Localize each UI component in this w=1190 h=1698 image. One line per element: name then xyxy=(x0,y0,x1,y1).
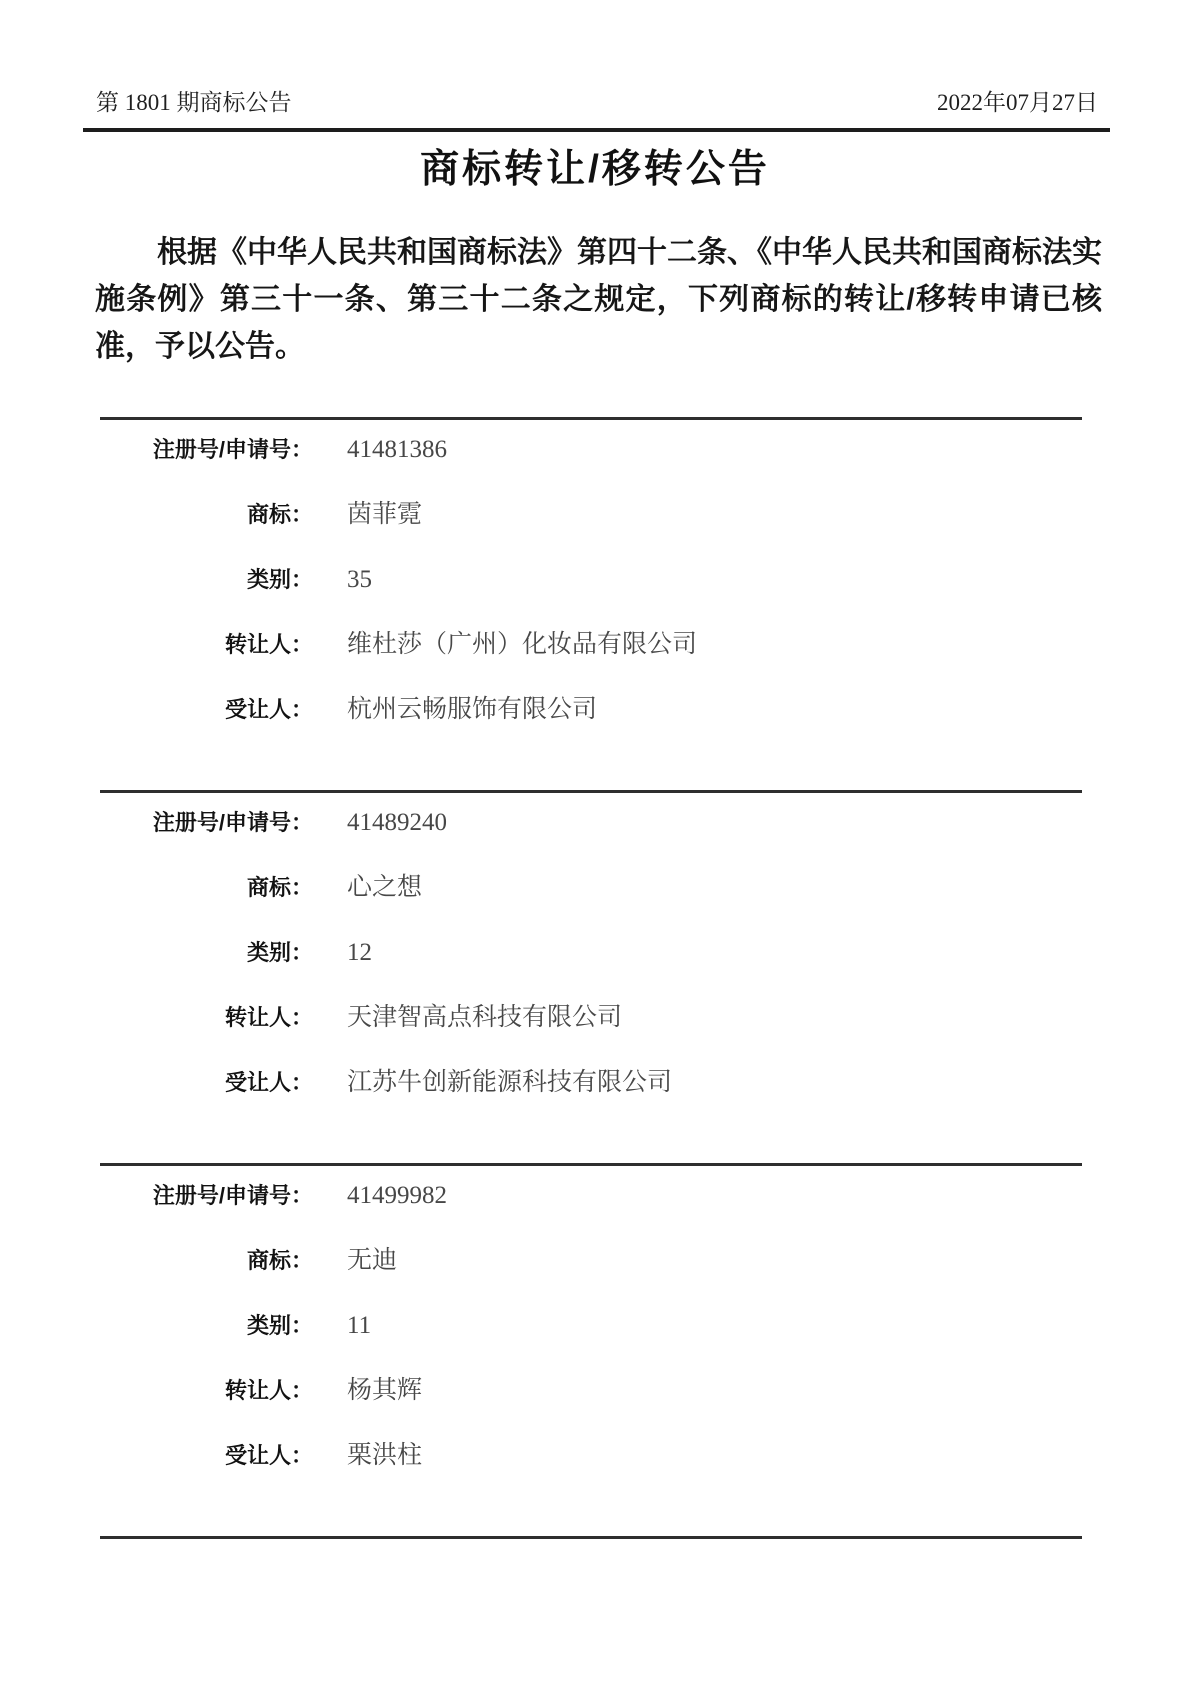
transferor-row: 转让人： 杨其辉 xyxy=(100,1375,1082,1406)
publication-date: 2022年07月27日 xyxy=(937,84,1098,117)
trademark-label: 商标： xyxy=(100,872,313,903)
transferee-label: 受让人： xyxy=(100,1440,313,1471)
class-row: 类别： 35 xyxy=(100,564,1082,595)
header-divider xyxy=(83,128,1110,132)
class-label: 类别： xyxy=(100,937,313,968)
reg-no-row: 注册号/申请号： 41481386 xyxy=(100,434,1082,465)
transferee-row: 受让人： 江苏牛创新能源科技有限公司 xyxy=(100,1067,1082,1098)
trademark-row: 商标： 茵菲霓 xyxy=(100,499,1082,530)
trademark-record: 注册号/申请号： 41481386 商标： 茵菲霓 类别： 35 转让人： 维杜… xyxy=(100,417,1082,790)
class-value: 11 xyxy=(313,1310,371,1341)
class-label: 类别： xyxy=(100,564,313,595)
reg-no-value: 41481386 xyxy=(313,434,447,465)
reg-no-label: 注册号/申请号： xyxy=(100,807,313,838)
end-divider xyxy=(100,1536,1082,1539)
transferor-value: 天津智高点科技有限公司 xyxy=(313,1002,622,1033)
intro-paragraph: 根据《中华人民共和国商标法》第四十二条、《中华人民共和国商标法实施条例》第三十一… xyxy=(95,229,1102,370)
gazette-page: 第 1801 期商标公告 2022年07月27日 商标转让/移转公告 根据《中华… xyxy=(0,0,1190,1698)
transferor-label: 转让人： xyxy=(100,1375,313,1406)
page-header: 第 1801 期商标公告 2022年07月27日 xyxy=(96,84,1098,117)
transferee-label: 受让人： xyxy=(100,1067,313,1098)
transferee-row: 受让人： 栗洪柱 xyxy=(100,1440,1082,1471)
records-list: 注册号/申请号： 41481386 商标： 茵菲霓 类别： 35 转让人： 维杜… xyxy=(100,417,1082,1539)
issue-number: 第 1801 期商标公告 xyxy=(96,84,292,117)
class-value: 35 xyxy=(313,564,372,595)
transferee-value: 江苏牛创新能源科技有限公司 xyxy=(313,1067,672,1098)
transferor-value: 维杜莎（广州）化妆品有限公司 xyxy=(313,629,697,660)
transferee-value: 栗洪柱 xyxy=(313,1440,422,1471)
trademark-record: 注册号/申请号： 41499982 商标： 无迪 类别： 11 转让人： 杨其辉… xyxy=(100,1163,1082,1536)
class-row: 类别： 11 xyxy=(100,1310,1082,1341)
reg-no-row: 注册号/申请号： 41489240 xyxy=(100,807,1082,838)
reg-no-value: 41489240 xyxy=(313,807,447,838)
transferee-row: 受让人： 杭州云畅服饰有限公司 xyxy=(100,694,1082,725)
transferor-row: 转让人： 天津智高点科技有限公司 xyxy=(100,1002,1082,1033)
transferor-label: 转让人： xyxy=(100,629,313,660)
transferor-label: 转让人： xyxy=(100,1002,313,1033)
trademark-row: 商标： 无迪 xyxy=(100,1245,1082,1276)
trademark-row: 商标： 心之想 xyxy=(100,872,1082,903)
reg-no-row: 注册号/申请号： 41499982 xyxy=(100,1180,1082,1211)
transferee-value: 杭州云畅服饰有限公司 xyxy=(313,694,597,725)
trademark-value: 无迪 xyxy=(313,1245,397,1276)
class-label: 类别： xyxy=(100,1310,313,1341)
trademark-value: 茵菲霓 xyxy=(313,499,422,530)
trademark-label: 商标： xyxy=(100,1245,313,1276)
trademark-value: 心之想 xyxy=(313,872,422,903)
page-title: 商标转让/移转公告 xyxy=(0,138,1190,194)
reg-no-value: 41499982 xyxy=(313,1180,447,1211)
transferor-row: 转让人： 维杜莎（广州）化妆品有限公司 xyxy=(100,629,1082,660)
transferee-label: 受让人： xyxy=(100,694,313,725)
trademark-record: 注册号/申请号： 41489240 商标： 心之想 类别： 12 转让人： 天津… xyxy=(100,790,1082,1163)
class-row: 类别： 12 xyxy=(100,937,1082,968)
reg-no-label: 注册号/申请号： xyxy=(100,434,313,465)
class-value: 12 xyxy=(313,937,372,968)
trademark-label: 商标： xyxy=(100,499,313,530)
reg-no-label: 注册号/申请号： xyxy=(100,1180,313,1211)
transferor-value: 杨其辉 xyxy=(313,1375,422,1406)
